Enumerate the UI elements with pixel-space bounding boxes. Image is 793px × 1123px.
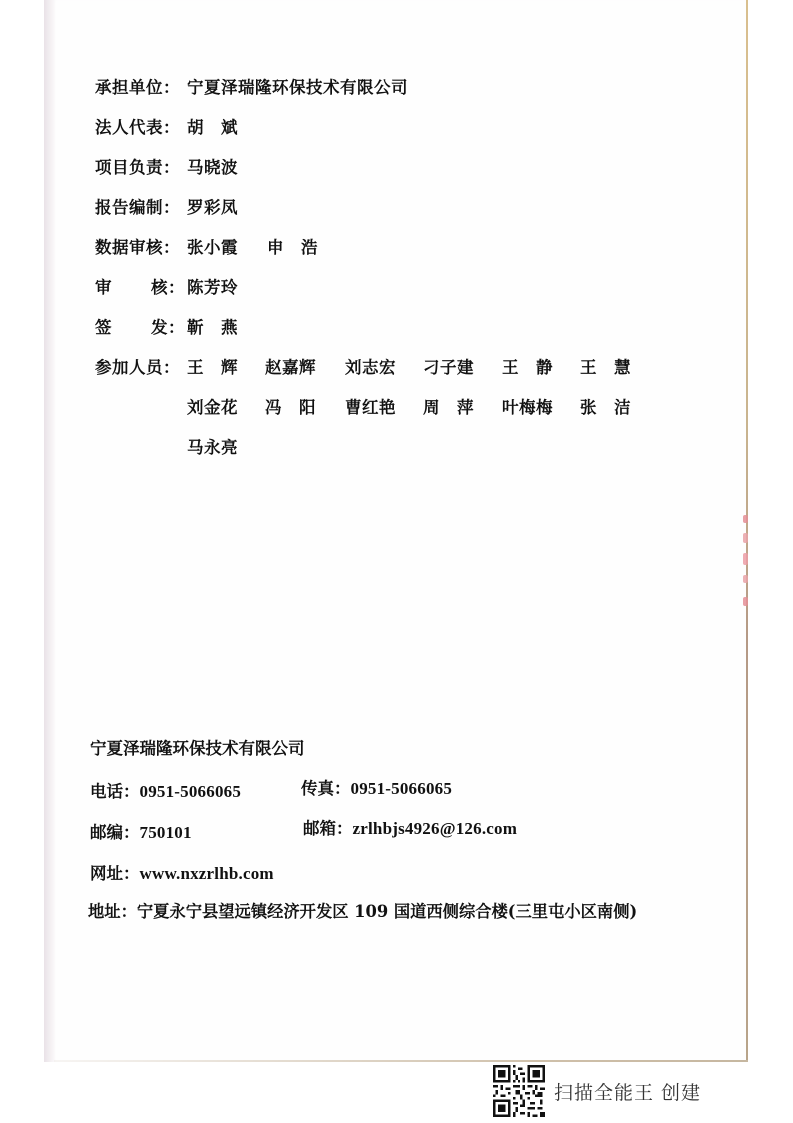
email-value: zrlhbjs4926@126.com: [353, 819, 518, 838]
qr-code-icon: [493, 1065, 545, 1117]
credit-label: 承担单位：: [95, 78, 187, 98]
credit-value: 马晓波: [187, 158, 238, 178]
credit-value: 宁夏泽瑞隆环保技术有限公司: [187, 78, 408, 98]
participants-row-1: 参加人员： 王 辉 赵嘉辉 刘志宏 刁子建 王 静 王 慧: [95, 358, 655, 378]
credit-label: 项目负责：: [95, 158, 187, 178]
credit-value: 陈芳玲: [187, 278, 238, 298]
website-label: 网址：: [90, 864, 140, 883]
participant-name: 王 慧: [580, 358, 631, 378]
credit-value: 申 浩: [267, 238, 318, 258]
seal-stamp-edge-marks: [742, 515, 748, 610]
company-website: 网址：www.nxzrlhb.com: [90, 864, 274, 884]
scanner-watermark: 扫描全能王 创建: [493, 1063, 701, 1119]
participant-name: 曹红艳: [345, 398, 396, 418]
participant-name: 叶梅梅: [502, 398, 553, 418]
company-postcode: 邮编：750101: [90, 823, 192, 843]
credit-row-legal-representative: 法人代表：胡 斌: [95, 118, 238, 138]
company-phone: 电话：0951-5066065: [90, 782, 241, 802]
credit-label: 法人代表：: [95, 118, 187, 138]
phone-value: 0951-5066065: [140, 782, 242, 801]
email-label: 邮箱：: [303, 819, 353, 838]
participants-row-2: 刘金花 冯 阳 曹红艳 周 萍 叶梅梅 张 洁: [95, 398, 655, 418]
participant-name: 王 静: [502, 358, 553, 378]
participant-name: 张 洁: [580, 398, 631, 418]
credit-label: 数据审核：: [95, 238, 187, 258]
address-label: 地址：: [88, 902, 137, 921]
credit-value: 靳 燕: [187, 318, 238, 338]
credit-row-undertaking-unit: 承担单位：宁夏泽瑞隆环保技术有限公司: [95, 78, 408, 98]
watermark-text: 扫描全能王 创建: [554, 1078, 701, 1105]
credit-row-report-preparation: 报告编制：罗彩凤: [95, 198, 238, 218]
credit-value: 罗彩凤: [187, 198, 238, 218]
website-value: www.nxzrlhb.com: [140, 864, 274, 883]
phone-label: 电话：: [90, 782, 140, 801]
participant-name: 马永亮: [187, 438, 238, 458]
participant-name: 刘志宏: [345, 358, 396, 378]
participants-label: 参加人员：: [95, 358, 187, 378]
participants-row-3: 马永亮: [95, 438, 655, 458]
company-fax: 传真：0951-5066065: [301, 779, 452, 799]
company-name: 宁夏泽瑞隆环保技术有限公司: [90, 739, 305, 759]
company-email: 邮箱：zrlhbjs4926@126.com: [303, 819, 517, 839]
credit-row-data-review: 数据审核：张小霞 申 浩: [95, 238, 355, 258]
address-value: 宁夏永宁县望远镇经济开发区 109 国道西侧综合楼(三里屯小区南侧): [137, 902, 637, 921]
credit-row-review: 审核：陈芳玲: [95, 278, 238, 298]
participant-name: 赵嘉辉: [265, 358, 316, 378]
credit-value: 张小霞: [187, 238, 238, 258]
fax-label: 传真：: [301, 779, 351, 798]
credit-value: 胡 斌: [187, 118, 238, 138]
credit-label: 签发：: [95, 318, 187, 338]
participant-name: 刘金花: [187, 398, 238, 418]
participant-name: 王 辉: [187, 358, 238, 378]
company-address: 地址：宁夏永宁县望远镇经济开发区 109 国道西侧综合楼(三里屯小区南侧): [88, 902, 637, 922]
page-left-edge: [44, 0, 56, 1062]
participant-name: 刁子建: [423, 358, 474, 378]
participant-name: 周 萍: [423, 398, 474, 418]
fax-value: 0951-5066065: [351, 779, 453, 798]
credit-row-sign-off: 签发：靳 燕: [95, 318, 238, 338]
page-bottom-edge: [54, 1060, 748, 1062]
participant-name: 冯 阳: [265, 398, 316, 418]
credit-label: 审核：: [95, 278, 187, 298]
postcode-label: 邮编：: [90, 823, 140, 842]
credit-label: 报告编制：: [95, 198, 187, 218]
postcode-value: 750101: [140, 823, 192, 842]
credit-row-project-lead: 项目负责：马晓波: [95, 158, 238, 178]
